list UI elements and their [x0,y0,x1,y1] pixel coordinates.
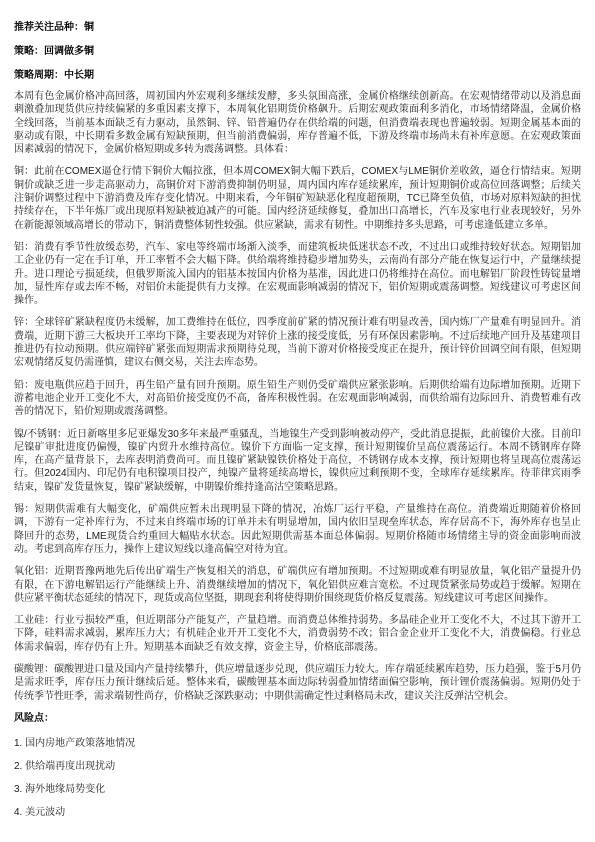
section-zinc: 锌：全球锌矿紧缺程度仍未缓解，加工费维持在低位，四季度前矿紧的情况预计难有明显改… [14,316,581,369]
section-tin: 锡：短期供需难有大幅变化，矿端供应暂未出现明显下降的情况，冶炼厂运行平稳，产量维… [14,503,581,556]
section-alumina: 氧化铝：近期晋豫两地先后传出矿端生产恢复相关的消息，矿端供应有增加预期。不过短期… [14,565,581,605]
strategy-line: 策略：回调做多铜 [14,45,581,58]
report-page: 推荐关注品种：铜 策略：回调做多铜 策略周期：中长期 本周有色金属价格冲高回落，… [0,0,595,842]
risk-item-2: 2. 供给端再度出现扰动 [14,760,581,773]
risks-title: 风险点： [14,712,581,725]
risk-item-3: 3. 海外地缘局势变化 [14,783,581,796]
weekly-summary-paragraph: 本周有色金属价格冲高回落，周初国内外宏观利多继续发酵，多头氛围高涨，金属价格继续… [14,90,581,156]
recommended-variety-line: 推荐关注品种：铜 [14,21,581,34]
section-nickel-stainless-steel: 镍/不锈钢：近日新喀里多尼亚爆发30多年来最严重骚乱，当地镍生产受到影响被动停产… [14,428,581,494]
risk-item-4: 4. 美元波动 [14,806,581,819]
section-lead: 铅：废电瓶供应趋于回升，再生铅产量有回升预期。原生铅生产则仍受矿端供应紧张影响。… [14,379,581,419]
section-copper: 铜：此前在COMEX逼仓行情下铜价大幅拉涨，但本周COMEX铜大幅下跌后，COM… [14,165,581,231]
section-aluminum: 铝：消费有季节性放缓态势，汽车、家电等终端市场渐入淡季，而建筑板块低迷状态不改，… [14,241,581,307]
section-lithium-carbonate: 碳酸锂：碳酸锂进口量及国内产量持续攀升，供应增量逐步兑现，供应端压力较大。库存端… [14,663,581,703]
risk-item-1: 1. 国内房地产政策落地情况 [14,737,581,750]
strategy-period-line: 策略周期：中长期 [14,69,581,82]
section-industrial-silicon: 工业硅：行业亏损较严重，但近期部分产能复产，产量趋增。而消费总体维持弱势。多晶硅… [14,614,581,654]
